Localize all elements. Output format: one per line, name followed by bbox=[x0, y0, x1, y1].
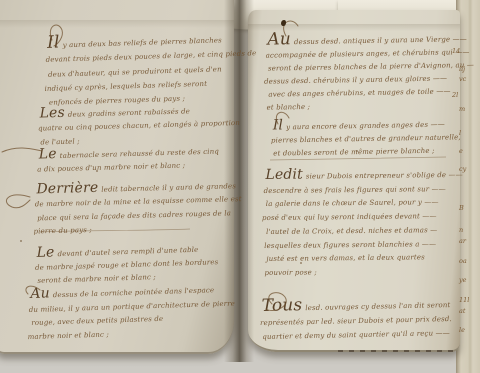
drop-initial: Le bbox=[36, 244, 54, 261]
margin-figure: vc bbox=[459, 76, 466, 83]
manuscript-line: deux gradins seront rabaissés de bbox=[68, 107, 190, 118]
manuscript-paragraph: Lesdeux gradins seront rabaissés de quat… bbox=[37, 102, 222, 149]
drop-initial: Au bbox=[267, 29, 291, 49]
manuscript-paragraph: Touslesd. ouvrages cy dessus l'an dit se… bbox=[260, 295, 455, 344]
manuscript-paragraph: Ily aura deux bas reliefs de pierres bla… bbox=[45, 30, 231, 110]
margin-figure: l bbox=[459, 130, 461, 137]
margin-figure: oa bbox=[459, 258, 467, 265]
margin-figure: at bbox=[459, 308, 466, 315]
drop-initial: Il bbox=[47, 32, 60, 52]
drop-initial: Il bbox=[273, 117, 284, 133]
margin-figure: ye bbox=[459, 277, 467, 284]
margin-figure: n bbox=[459, 227, 463, 234]
drop-initial: Au bbox=[30, 285, 50, 302]
manuscript-line: pouvoir pose ; bbox=[264, 265, 452, 281]
manuscript-line: dessus de la corniche pointée dans l'esp… bbox=[53, 286, 215, 299]
drop-initial: Le bbox=[39, 146, 57, 162]
ink-speck bbox=[96, 170, 98, 172]
margin-figure: 11l bbox=[459, 297, 469, 304]
manuscript-paragraph: Ledevant d'autel sera rempli d'une table… bbox=[34, 241, 221, 288]
manuscript-line: lesd. ouvrages cy dessus l'an dit seront bbox=[305, 301, 450, 312]
margin-figure: 14 bbox=[452, 48, 460, 55]
margin-figure: iij bbox=[459, 66, 465, 73]
manuscript-line: y aura encore deux grandes anges des —— bbox=[286, 121, 445, 132]
margin-figure: le bbox=[459, 327, 465, 334]
drop-initial: Les bbox=[39, 105, 65, 122]
manuscript-paragraph: Derrièreledit tabernacle il y aura de gr… bbox=[34, 179, 221, 239]
manuscript-line: justé est en vers damas, et la deux quar… bbox=[266, 251, 452, 267]
drop-initial: Tous bbox=[261, 295, 302, 316]
manuscript-line: dessus desd. antiques il y aura une Vier… bbox=[294, 35, 467, 46]
manuscript-line: l'autel de la Croix, et desd. niches et … bbox=[266, 224, 452, 240]
margin-figure: B bbox=[459, 205, 464, 212]
margin-figure: ar bbox=[459, 238, 466, 245]
manuscript-line: sieur Dubois entrepreneur s'oblige de —— bbox=[306, 171, 463, 181]
margin-figure: 2l bbox=[452, 92, 458, 99]
manuscript-paragraph: Ily aura encore deux grandes anges des —… bbox=[271, 116, 454, 161]
drop-initial: Ledit bbox=[265, 167, 303, 183]
manuscript-line: devant d'autel sera rempli d'une table bbox=[57, 246, 198, 258]
manuscript-line: ledit tabernacle il y aura de grandes bbox=[101, 182, 236, 194]
manuscript-line: tabernacle sera rehaussé du reste des ci… bbox=[60, 148, 219, 160]
manuscript-paragraph: Audessus de la corniche pointée dans l'e… bbox=[28, 282, 224, 344]
ink-speck bbox=[356, 150, 358, 152]
ink-speck bbox=[300, 262, 302, 264]
margin-figure: e bbox=[459, 148, 463, 155]
manuscript-paragraph: Letabernacle sera rehaussé du reste des … bbox=[37, 143, 224, 176]
drop-initial: Derrière bbox=[36, 180, 98, 198]
margin-figure: cy bbox=[459, 166, 466, 173]
manuscript-paragraph: Leditsieur Dubois entrepreneur s'oblige … bbox=[263, 167, 452, 281]
margin-figure: m bbox=[459, 106, 465, 113]
ink-speck bbox=[20, 240, 22, 242]
manuscript-paragraph: Audessus desd. antiques il y aura une Vi… bbox=[265, 30, 454, 114]
manuscript-photo: Ily aura deux bas reliefs de pierres bla… bbox=[0, 0, 480, 373]
